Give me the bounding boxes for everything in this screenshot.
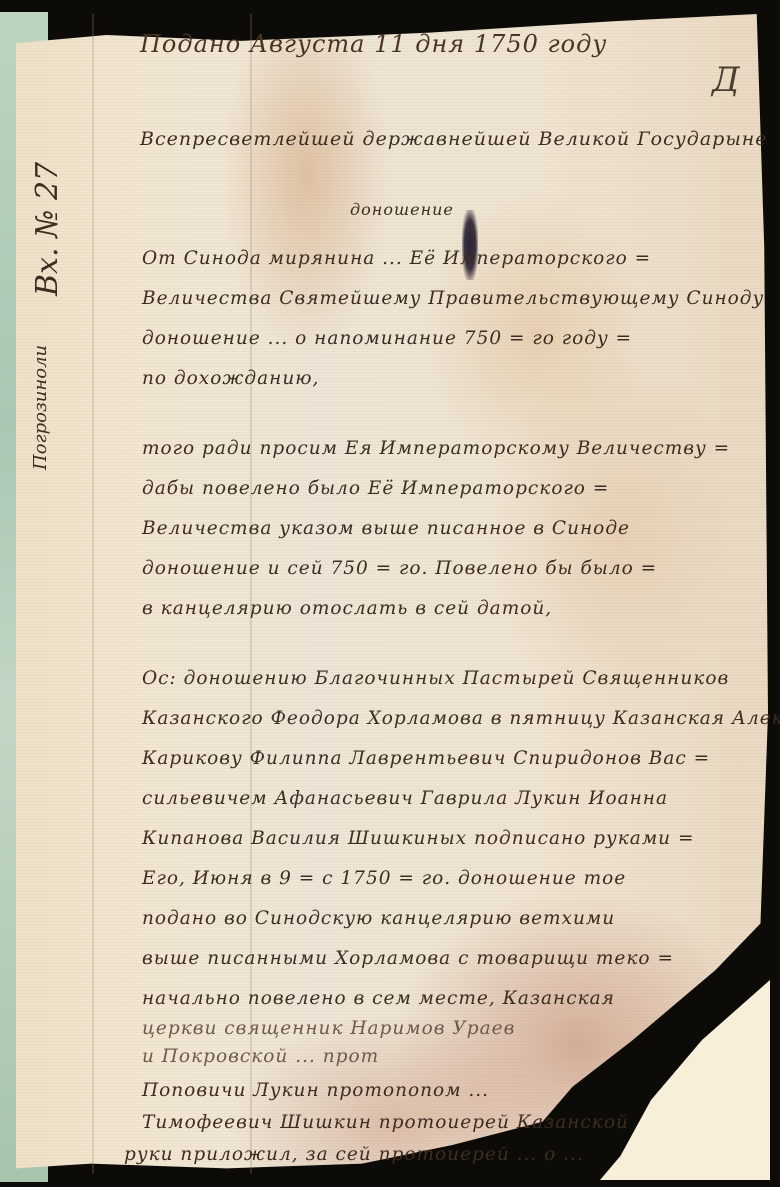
text-line: выше писанными Хорламова с товарищи теко…: [142, 948, 674, 969]
margin-number: Вх. № 27: [30, 162, 65, 296]
signature-line: руки приложил, за сей протоиерей ... о .…: [124, 1144, 584, 1165]
text-line: доношение ... о напоминание 750 = го год…: [142, 328, 632, 349]
address-line: Всепресветлейшей державнейшей Великой Го…: [140, 128, 768, 150]
signature-line: Поповичи Лукин протопопом ...: [142, 1080, 489, 1101]
text-line: Карикову Филиппа Лаврентьевич Спиридонов…: [142, 748, 710, 769]
ink-blot: [462, 210, 478, 280]
text-line: и Покровской ... прот: [142, 1046, 379, 1067]
text-line: дабы повелено было Её Императорского =: [142, 478, 609, 499]
text-line: Величества указом выше писанное в Синоде: [142, 518, 630, 539]
text-line: Величества Святейшему Правительствующему…: [142, 288, 764, 309]
text-line: в канцелярию отослать в сей датой,: [142, 598, 552, 619]
text-line: Кипанова Василия Шишкиных подписано рука…: [142, 828, 694, 849]
text-line: церкви священник Наримов Ураев: [142, 1018, 515, 1039]
text-line: Казанского Феодора Хорламова в пятницу К…: [142, 708, 780, 729]
document-heading: доношение: [350, 200, 454, 219]
text-line: по дохожданию,: [142, 368, 319, 389]
text-line: начально повелено в сем месте, Казанская: [142, 988, 615, 1009]
text-line: того ради просим Ея Императорскому Велич…: [142, 438, 730, 459]
margin-name: Погрозиноли: [30, 345, 51, 470]
text-line: сильевичем Афанасьевич Гаврила Лукин Иоа…: [142, 788, 668, 809]
filing-note: Подано Августа 11 дня 1750 году: [140, 30, 607, 58]
signature-line: Тимофеевич Шишкин протоиерей Казанской: [142, 1112, 629, 1133]
text-line: доношение и сей 750 = го. Повелено бы бы…: [142, 558, 657, 579]
text-line: От Синода мирянина ... Её Императорского…: [142, 248, 651, 269]
fold-line: [92, 14, 94, 1174]
text-line: подано во Синодскую канцелярию ветхими: [142, 908, 615, 929]
corner-mark: Д: [712, 60, 740, 100]
text-line: Его, Июня в 9 = с 1750 = го. доношение т…: [142, 868, 626, 889]
text-line: Ос: доношению Благочинных Пастырей Свяще…: [142, 668, 729, 689]
